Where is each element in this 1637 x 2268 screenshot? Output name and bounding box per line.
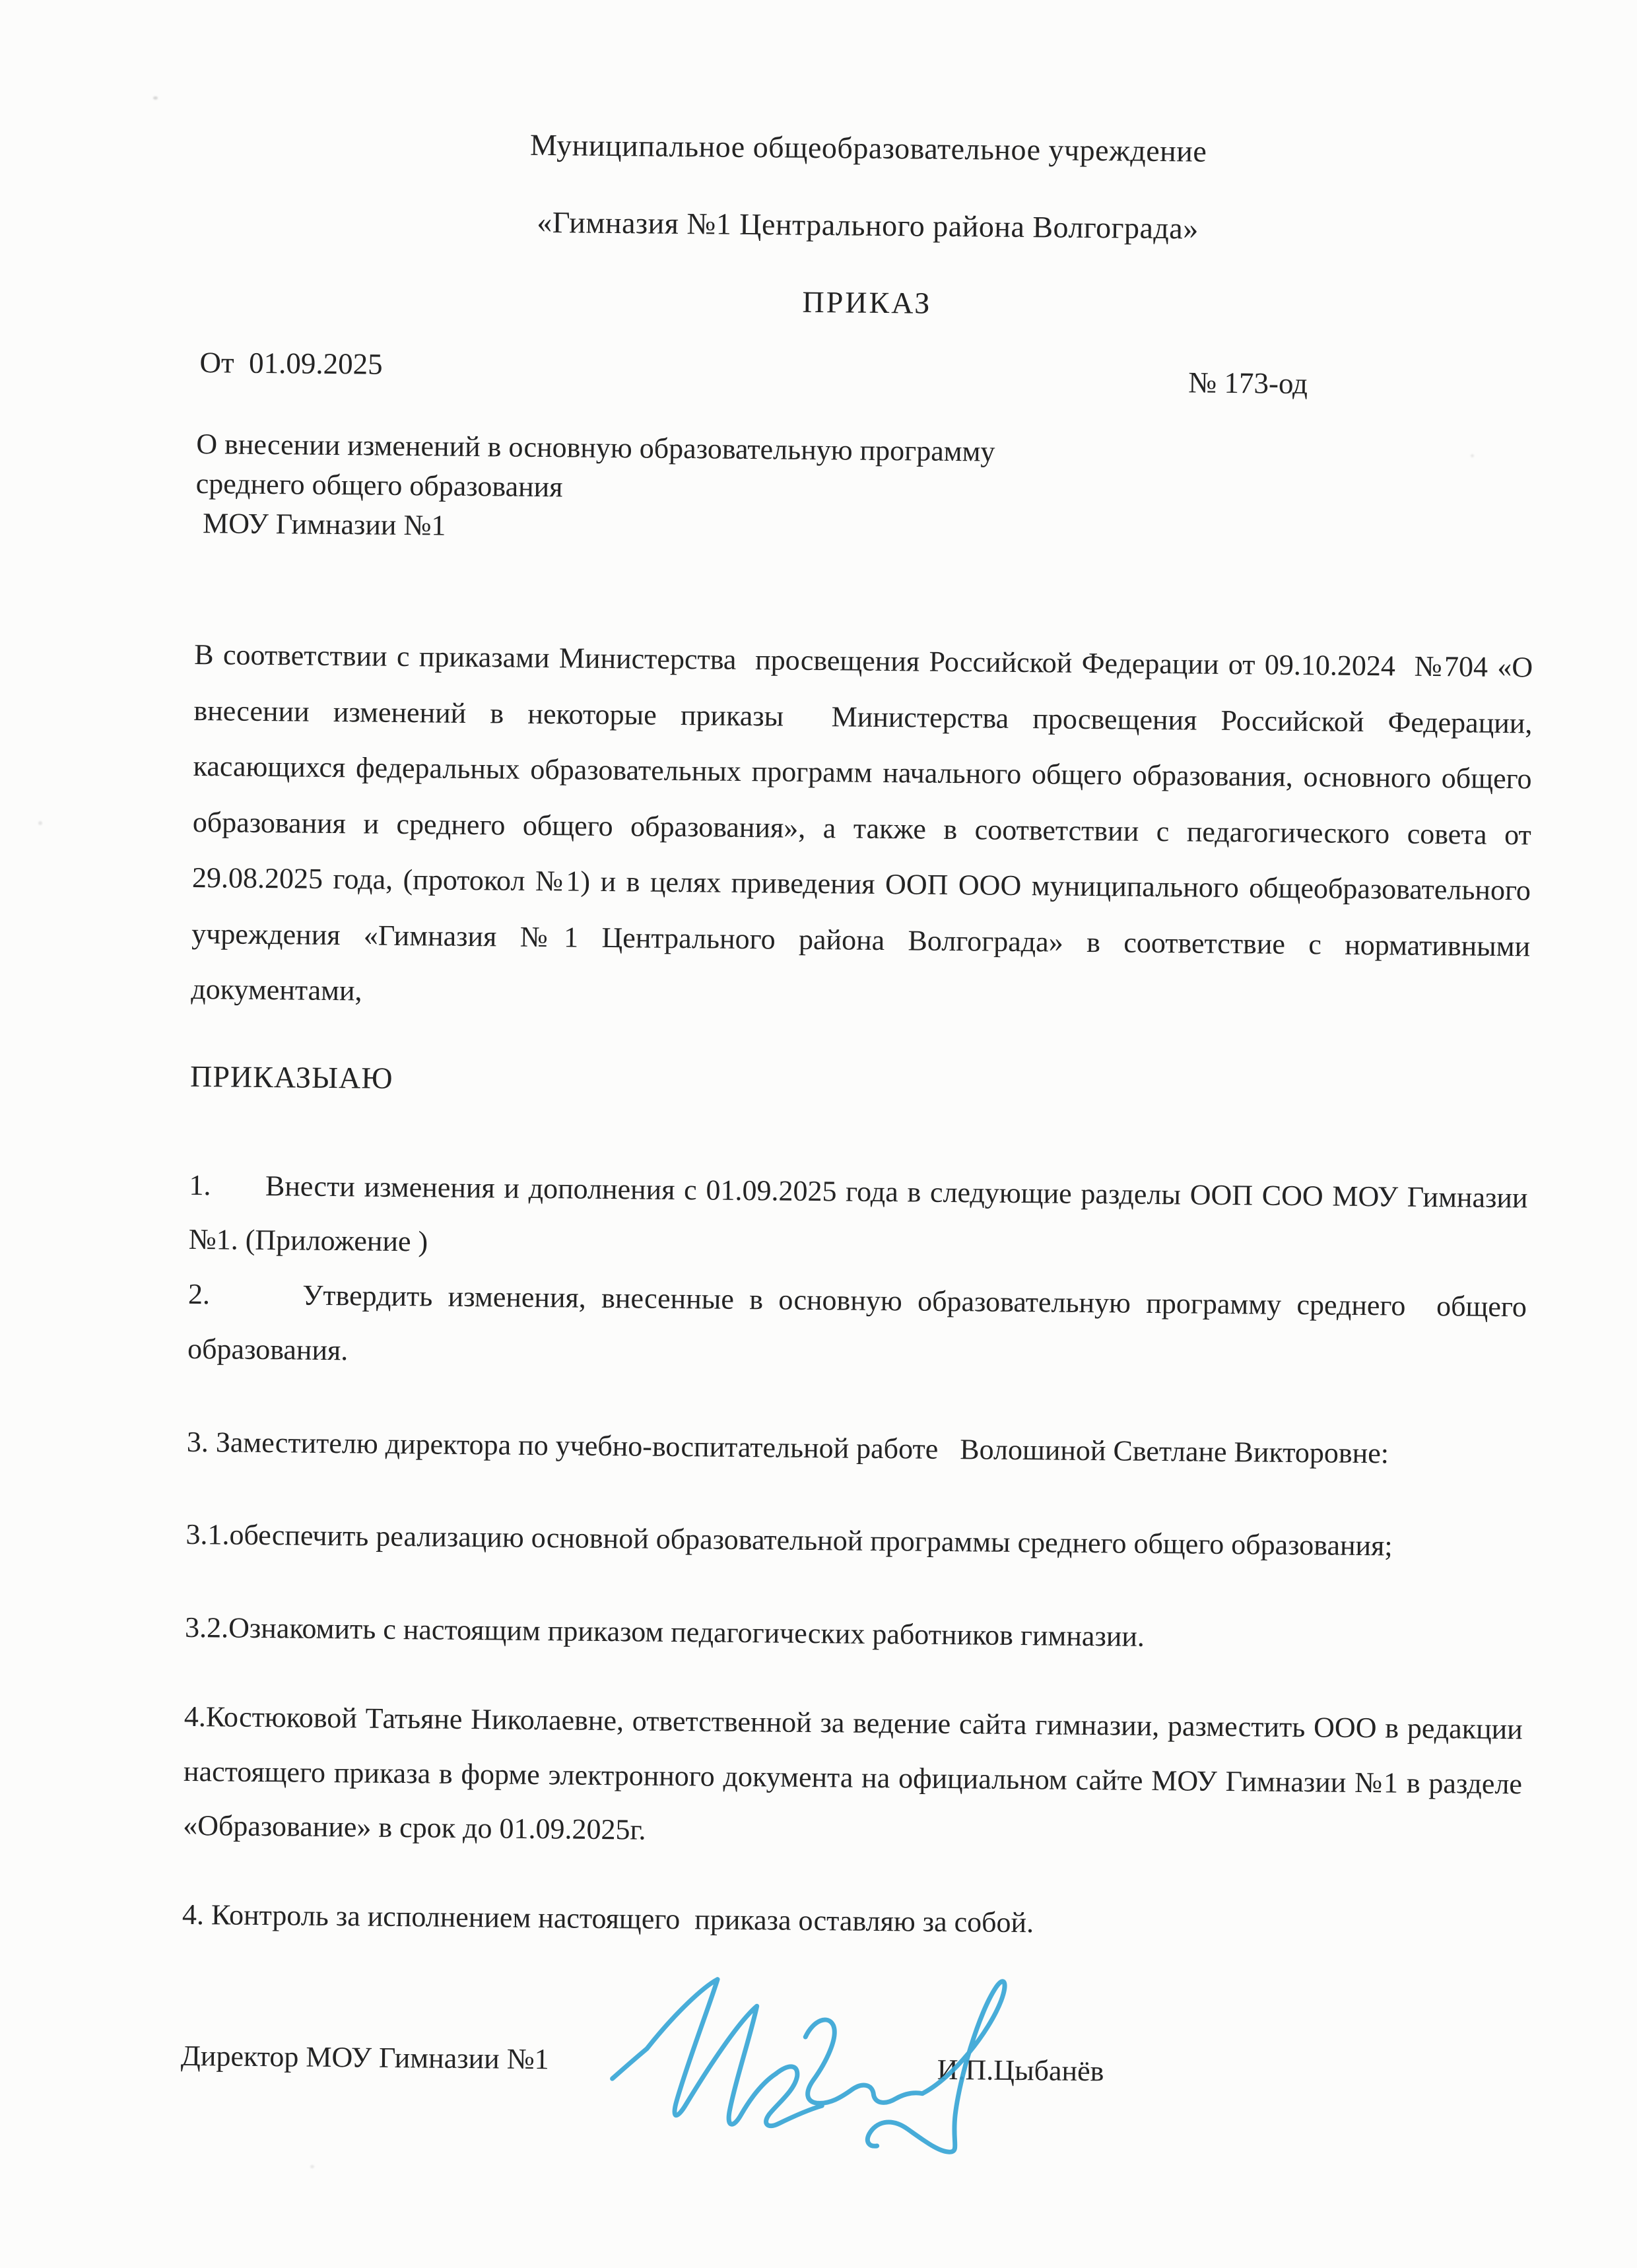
order-verb: ПРИКАЗЫАЮ	[190, 1059, 1529, 1106]
order-item-4-site: 4.Костюковой Татьяне Николаевне, ответст…	[183, 1690, 1523, 1867]
scan-speck	[153, 96, 158, 100]
signatory-name: И.П.Цыбанёв	[937, 2053, 1104, 2088]
order-item-4-control: 4. Контроль за исполнением настоящего пр…	[182, 1888, 1521, 1955]
order-item-3: 3. Заместителю директора по учебно-воспи…	[186, 1415, 1525, 1483]
date-number-row: От 01.09.2025 № 173-од	[197, 345, 1535, 395]
document-type-title: ПРИКАЗ	[197, 279, 1536, 326]
order-item-3-2: 3.2.Ознакомить с настоящим приказом педа…	[185, 1601, 1524, 1668]
document-content: Муниципальное общеобразовательное учрежд…	[179, 124, 1538, 2268]
organization-name-line2: «Гимназия №1 Центрального района Волгогр…	[198, 201, 1537, 249]
handwritten-signature-icon	[601, 1949, 1066, 2231]
order-item-1: 1. Внести изменения и дополнения с 01.09…	[188, 1158, 1527, 1281]
scan-speck	[38, 821, 42, 825]
signatory-role: Директор МОУ Гимназии №1	[181, 2039, 549, 2076]
organization-name-line1: Муниципальное общеобразовательное учрежд…	[199, 124, 1537, 172]
order-item-2: 2. Утвердить изменения, внесенные в осно…	[187, 1267, 1527, 1389]
scanned-order-page: Муниципальное общеобразовательное учрежд…	[0, 0, 1637, 2268]
signature-block: Директор МОУ Гимназии №1 И.П.Цыбанёв	[179, 1982, 1520, 2268]
order-date: От 01.09.2025	[199, 345, 383, 382]
order-subject: О внесении изменений в основную образова…	[195, 424, 1535, 556]
preamble-paragraph: В соответствии с приказами Министерства …	[191, 627, 1533, 1030]
order-number: № 173-од	[1188, 365, 1308, 401]
order-item-3-1: 3.1.обеспечить реализацию основной образ…	[185, 1508, 1525, 1575]
